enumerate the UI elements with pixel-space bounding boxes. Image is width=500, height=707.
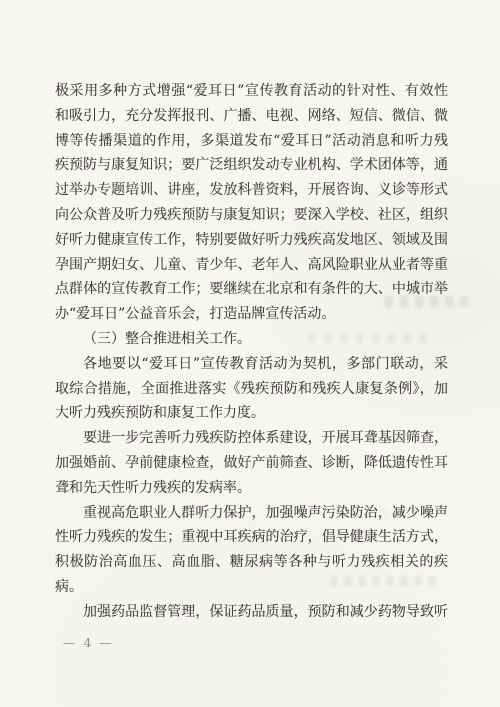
text-line: 疾预防与康复知识；要广泛组织发动专业机构、学术团体等，通 (55, 153, 448, 178)
text-line: 加强婚前、孕前健康检查，做好产前筛查、诊断，降低遗传性耳 (55, 451, 448, 476)
page-number: — 4 — (63, 635, 114, 650)
text-line: 取综合措施，全面推进落实《残疾预防和残疾人康复条例》，加 (55, 377, 448, 402)
text-line: 重视高危职业人群听力保护，加强噪声污染防治，减少噪声 (55, 501, 448, 526)
text-line: 要进一步完善听力残疾防控体系建设，开展耳聋基因筛查， (55, 426, 448, 451)
text-line: 极采用多种方式增强“爱耳日”宣传教育活动的针对性、有效性 (55, 79, 448, 104)
text-line: 向公众普及听力残疾预防与康复知识；要深入学校、社区，组织 (55, 203, 448, 228)
text-line: 办“爱耳日”公益音乐会，打造品牌宣传活动。 (55, 302, 448, 327)
text-line: 聋和先天性听力残疾的发病率。 (55, 476, 448, 501)
text-line: 过举办专题培训、讲座，发放科普资料，开展咨询、义诊等形式 (55, 178, 448, 203)
text-line: 性听力残疾的发生；重视中耳疾病的治疗，倡导健康生活方式， (55, 525, 448, 550)
text-line: 病。 (55, 575, 448, 600)
text-line: 加强药品监督管理，保证药品质量，预防和减少药物导致听 (55, 600, 448, 625)
section-heading: （三）整合推进相关工作。 (55, 327, 448, 352)
text-line: 各地要以“爱耳日”宣传教育活动为契机，多部门联动，采 (55, 352, 448, 377)
text-line: 大听力残疾预防和康复工作力度。 (55, 401, 448, 426)
text-line: 博等传播渠道的作用，多渠道发布“爱耳日”活动消息和听力残 (55, 129, 448, 154)
text-line: 积极防治高血压、高血脂、糖尿病等各种与听力残疾相关的疾 (55, 550, 448, 575)
text-line: 点群体的宣传教育工作；要继续在北京和有条件的大、中城市举 (55, 277, 448, 302)
text-line: 孕围产期妇女、儿童、青少年、老年人、高风险职业从业者等重 (55, 253, 448, 278)
text-line: 和吸引力，充分发挥报刊、广播、电视、网络、短信、微信、微 (55, 104, 448, 129)
document-body: 极采用多种方式增强“爱耳日”宣传教育活动的针对性、有效性 和吸引力，充分发挥报刊… (55, 79, 448, 625)
scanned-document-page: 极采用多种方式增强“爱耳日”宣传教育活动的针对性、有效性 和吸引力，充分发挥报刊… (0, 0, 500, 707)
text-line: 好听力健康宣传工作，特别要做好听力残疾高发地区、领域及围 (55, 228, 448, 253)
